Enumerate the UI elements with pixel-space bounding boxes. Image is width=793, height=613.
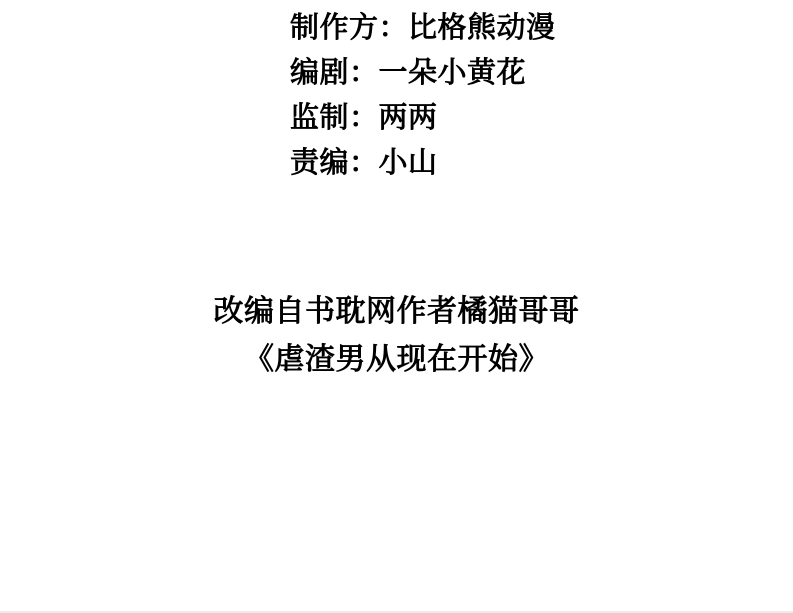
adaptation-title-text: 《虐渣男从现在开始》 (0, 336, 793, 384)
credits-block: 制作方：比格熊动漫 编剧：一朵小黄花 监制：两两 责编：小山 (290, 6, 556, 186)
adaptation-source-text: 改编自书耽网作者橘猫哥哥 (0, 288, 793, 336)
credits-page: 制作方：比格熊动漫 编剧：一朵小黄花 监制：两两 责编：小山 改编自书耽网作者橘… (0, 0, 793, 613)
credit-line-editor: 责编：小山 (290, 141, 556, 186)
credit-line-screenwriter: 编剧：一朵小黄花 (290, 51, 556, 96)
adaptation-block: 改编自书耽网作者橘猫哥哥 《虐渣男从现在开始》 (0, 288, 793, 384)
credit-line-supervisor: 监制：两两 (290, 96, 556, 141)
credit-line-producer: 制作方：比格熊动漫 (290, 6, 556, 51)
